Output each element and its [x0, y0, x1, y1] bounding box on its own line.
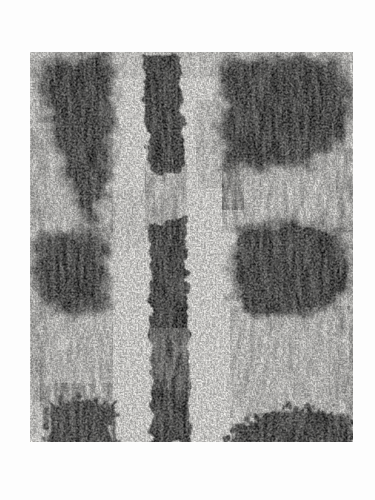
page-background — [0, 0, 375, 500]
artwork-canvas — [0, 0, 375, 500]
monotype-print — [0, 0, 375, 500]
plate-edge-line — [356, 57, 357, 441]
overlay-layer — [30, 52, 357, 442]
print-area — [30, 52, 357, 443]
dark-speckle-coarse — [30, 52, 353, 442]
